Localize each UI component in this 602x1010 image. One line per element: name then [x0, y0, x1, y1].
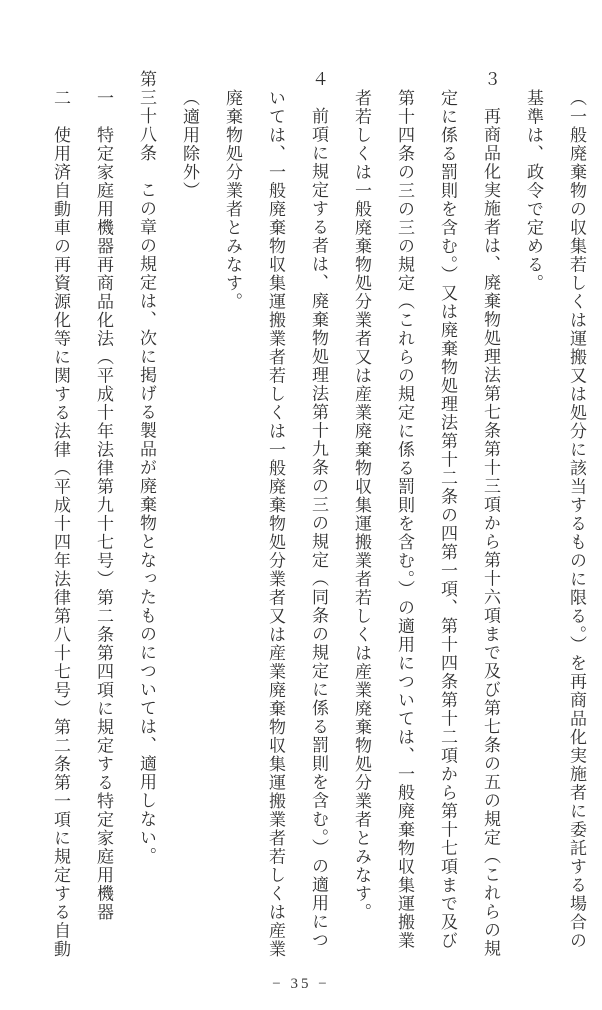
document-line: いては、一般廃棄物収集運搬業者若しくは一般廃棄物処分業者又は産業廃棄物収集運搬業…	[254, 70, 297, 960]
page-number: − 35 −	[0, 976, 602, 993]
document-line: 者若しくは一般廃棄物処分業者又は産業廃棄物収集運搬業者若しくは産業廃棄物処分業者…	[340, 70, 383, 960]
document-line: （一般廃棄物の収集若しくは運搬又は処分に該当するものに限る。）を再商品化実施者に…	[555, 70, 598, 960]
document-line: （適用除外）	[168, 70, 211, 960]
document-line: 第三十八条 この章の規定は、次に掲げる製品が廃棄物となったものについては、適用し…	[125, 70, 168, 960]
document-body: （一般廃棄物の収集若しくは運搬又は処分に該当するものに限る。）を再商品化実施者に…	[39, 70, 598, 960]
document-line: 廃棄物処分業者とみなす。	[211, 70, 254, 960]
document-line: 定に係る罰則を含む。）又は廃棄物処理法第十二条の四第一項、第十四条第十二項から第…	[426, 70, 469, 960]
document-line: ４ 前項に規定する者は、廃棄物処理法第十九条の三の規定（同条の規定に係る罰則を含…	[297, 70, 340, 960]
document-line: 一 特定家庭用機器再商品化法（平成十年法律第九十七号）第二条第四項に規定する特定…	[82, 70, 125, 960]
document-line: 第十四条の三の三の規定（これらの規定に係る罰則を含む。）の適用については、一般廃…	[383, 70, 426, 960]
document-line: 二 使用済自動車の再資源化等に関する法律（平成十四年法律第八十七号）第二条第一項…	[39, 70, 82, 960]
document-page: （一般廃棄物の収集若しくは運搬又は処分に該当するものに限る。）を再商品化実施者に…	[0, 0, 602, 1010]
document-line: ３ 再商品化実施者は、廃棄物処理法第七条第十三項から第十六項まで及び第七条の五の…	[469, 70, 512, 960]
document-line: 基準は、政令で定める。	[512, 70, 555, 960]
